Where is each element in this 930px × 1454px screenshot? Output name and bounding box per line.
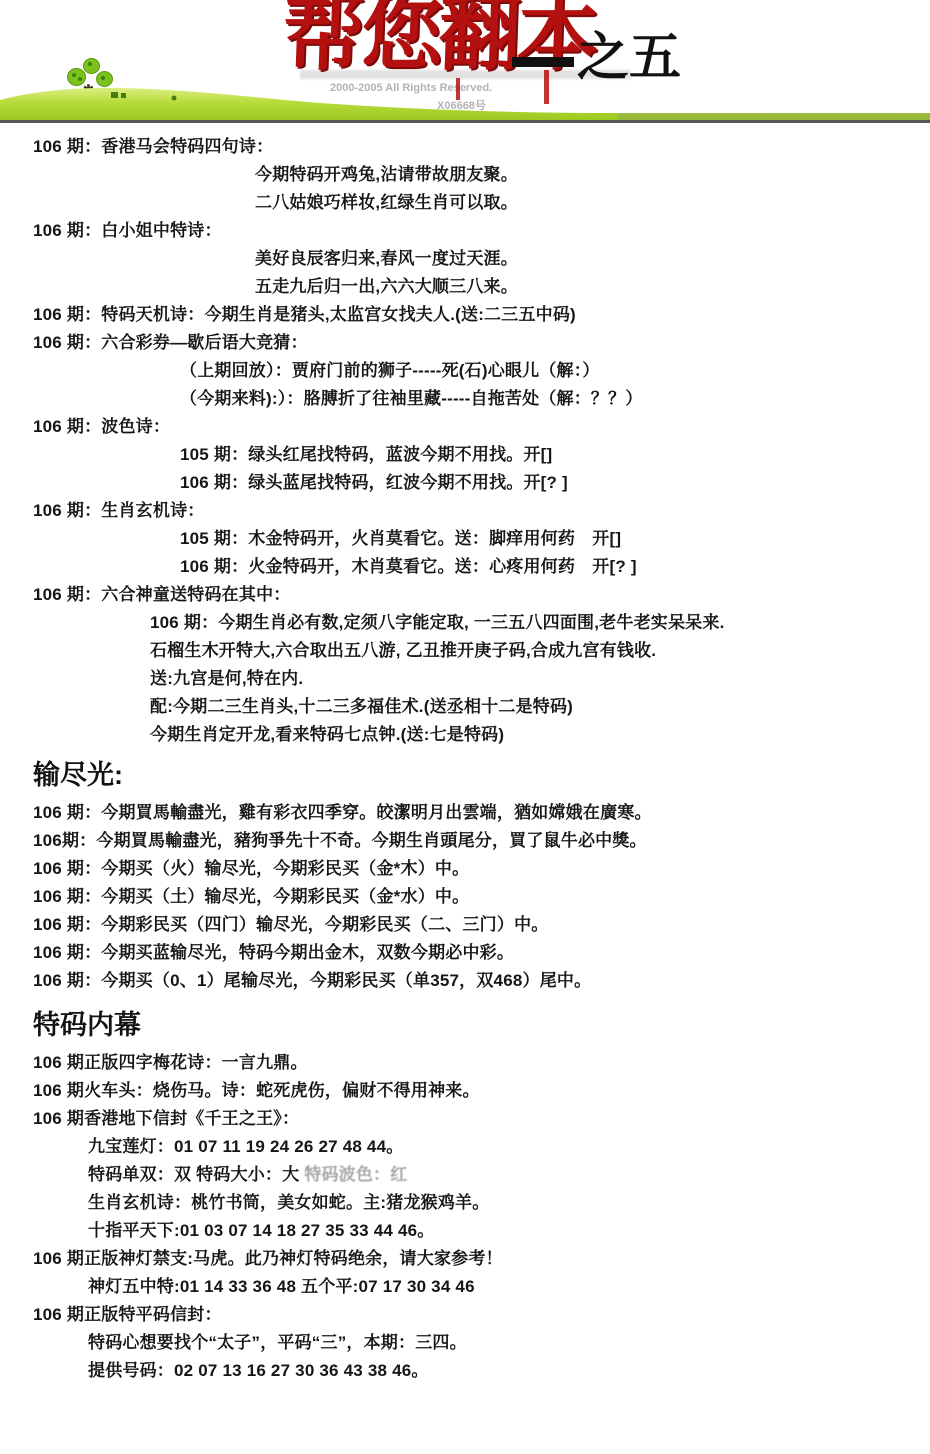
text-line: 106 期正版神灯禁支:马虎。此乃神灯特码绝余，请大家参考！ [33, 1245, 930, 1273]
text-line: 106 期：绿头蓝尾找特码，红波今期不用找。开[? ] [180, 469, 930, 497]
text-line: 今期生肖定开龙,看来特码七点钟.(送:七是特码) [150, 721, 930, 749]
text-segment: 特码波色：红 [304, 1165, 407, 1184]
text-line: 106 期：今期买（0、1）尾输尽光，今期彩民买（单357，双468）尾中。 [33, 967, 930, 995]
text-line: 106 期正版特平码信封： [33, 1301, 930, 1329]
section-heading: 输尽光: [33, 751, 930, 799]
text-line: 106 期：今期买蓝输尽光，特码今期出金木，双数今期必中彩。 [33, 939, 930, 967]
text-line: 106 期：今期彩民买（四门）输尽光，今期彩民买（二、三门）中。 [33, 911, 930, 939]
ink-drip [544, 70, 549, 104]
text-line: 神灯五中特:01 14 33 36 48 五个平:07 17 30 34 46 [88, 1273, 930, 1301]
text-line: 106 期：今期买（火）输尽光，今期彩民买（金*木）中。 [33, 855, 930, 883]
text-line: 106期：今期買馬輸盡光，豬狗爭先十不奇。今期生肖頭尾分，買了鼠牛必中獎。 [33, 827, 930, 855]
text-line: 配:今期二三生肖头,十二三多福佳术.(送丞相十二是特码) [150, 693, 930, 721]
page: 2000-2005 All Rights Reserved. X06668号 帮… [0, 0, 930, 1454]
text-line: 106 期：白小姐中特诗： [33, 217, 930, 245]
text-line: 十指平天下:01 03 07 14 18 27 35 33 44 46。 [88, 1217, 930, 1245]
text-line: 106 期：今期生肖必有数,定须八字能定取, 一三五八四面围,老牛老实呆呆来. [150, 609, 930, 637]
text-line: 石榴生木开特大,六合取出五八游, 乙丑推开庚子码,合成九宫有钱收. [150, 637, 930, 665]
text-line: 今期特码开鸡兔,沾请带故朋友聚。 [255, 161, 930, 189]
text-line: 106 期：今期买（土）输尽光，今期彩民买（金*水）中。 [33, 883, 930, 911]
text-line: 美好良辰客归来,春风一度过天涯。 [255, 245, 930, 273]
text-line: 提供号码：02 07 13 16 27 30 36 43 38 46。 [88, 1357, 930, 1385]
body-text: 106 期：香港马会特码四句诗：今期特码开鸡兔,沾请带故朋友聚。二八姑娘巧样妆,… [0, 125, 930, 1385]
text-line: 106 期香港地下信封《千王之王》： [33, 1105, 930, 1133]
text-line: 106 期火车头：烧伤马。诗：蛇死虎伤，偏财不得用神来。 [33, 1077, 930, 1105]
text-line: 106 期：特码天机诗：今期生肖是猪头,太监宫女找夫人.(送:二三五中码) [33, 301, 930, 329]
text-line: 106 期：香港马会特码四句诗： [33, 133, 930, 161]
text-line: 106 期：六合彩券—歇后语大竞猜： [33, 329, 930, 357]
text-line: 105 期：绿头红尾找特码，蓝波今期不用找。开[] [180, 441, 930, 469]
text-line: 106 期正版四字梅花诗：一言九鼎。 [33, 1049, 930, 1077]
text-line: 九宝莲灯：01 07 11 19 24 26 27 48 44。 [88, 1133, 930, 1161]
text-line: 生肖玄机诗：桃竹书筒，美女如蛇。主:猪龙猴鸡羊。 [88, 1189, 930, 1217]
title-dash [512, 57, 574, 67]
text-line: （今期来料):）：胳膊折了往袖里藏-----自拖苦处（解：？？） [180, 385, 930, 413]
text-line: 送:九宫是何,特在内. [150, 665, 930, 693]
page-title-suffix: 之五 [577, 33, 681, 85]
text-line: 106 期：六合神童送特码在其中： [33, 581, 930, 609]
text-segment: 特码单双：双 特码大小：大 [88, 1165, 304, 1184]
text-line: 特码单双：双 特码大小：大 特码波色：红 [88, 1161, 930, 1189]
section-heading: 特码内幕 [33, 1001, 930, 1049]
grass-band [0, 84, 930, 126]
text-line: （上期回放）：贾府门前的狮子-----死(石)心眼儿（解：） [180, 357, 930, 385]
text-line: 106 期：火金特码开，木肖莫看它。送：心疼用何药 开[? ] [180, 553, 930, 581]
text-line: 二八姑娘巧样妆,红绿生肖可以取。 [255, 189, 930, 217]
text-line: 106 期：波色诗： [33, 413, 930, 441]
text-line: 106 期：今期買馬輸盡光，雞有彩衣四季穿。皎潔明月出雲端，猶如嫦娥在廣寒。 [33, 799, 930, 827]
text-line: 五走九后归一出,六六大顺三八来。 [255, 273, 930, 301]
page-header: 2000-2005 All Rights Reserved. X06668号 帮… [0, 0, 930, 128]
text-line: 特码心想要找个“太子”，平码“三”，本期：三四。 [88, 1329, 930, 1357]
text-line: 106 期：生肖玄机诗： [33, 497, 930, 525]
ink-drip [456, 78, 460, 100]
text-line: 105 期：木金特码开，火肖莫看它。送：脚痒用何药 开[] [180, 525, 930, 553]
